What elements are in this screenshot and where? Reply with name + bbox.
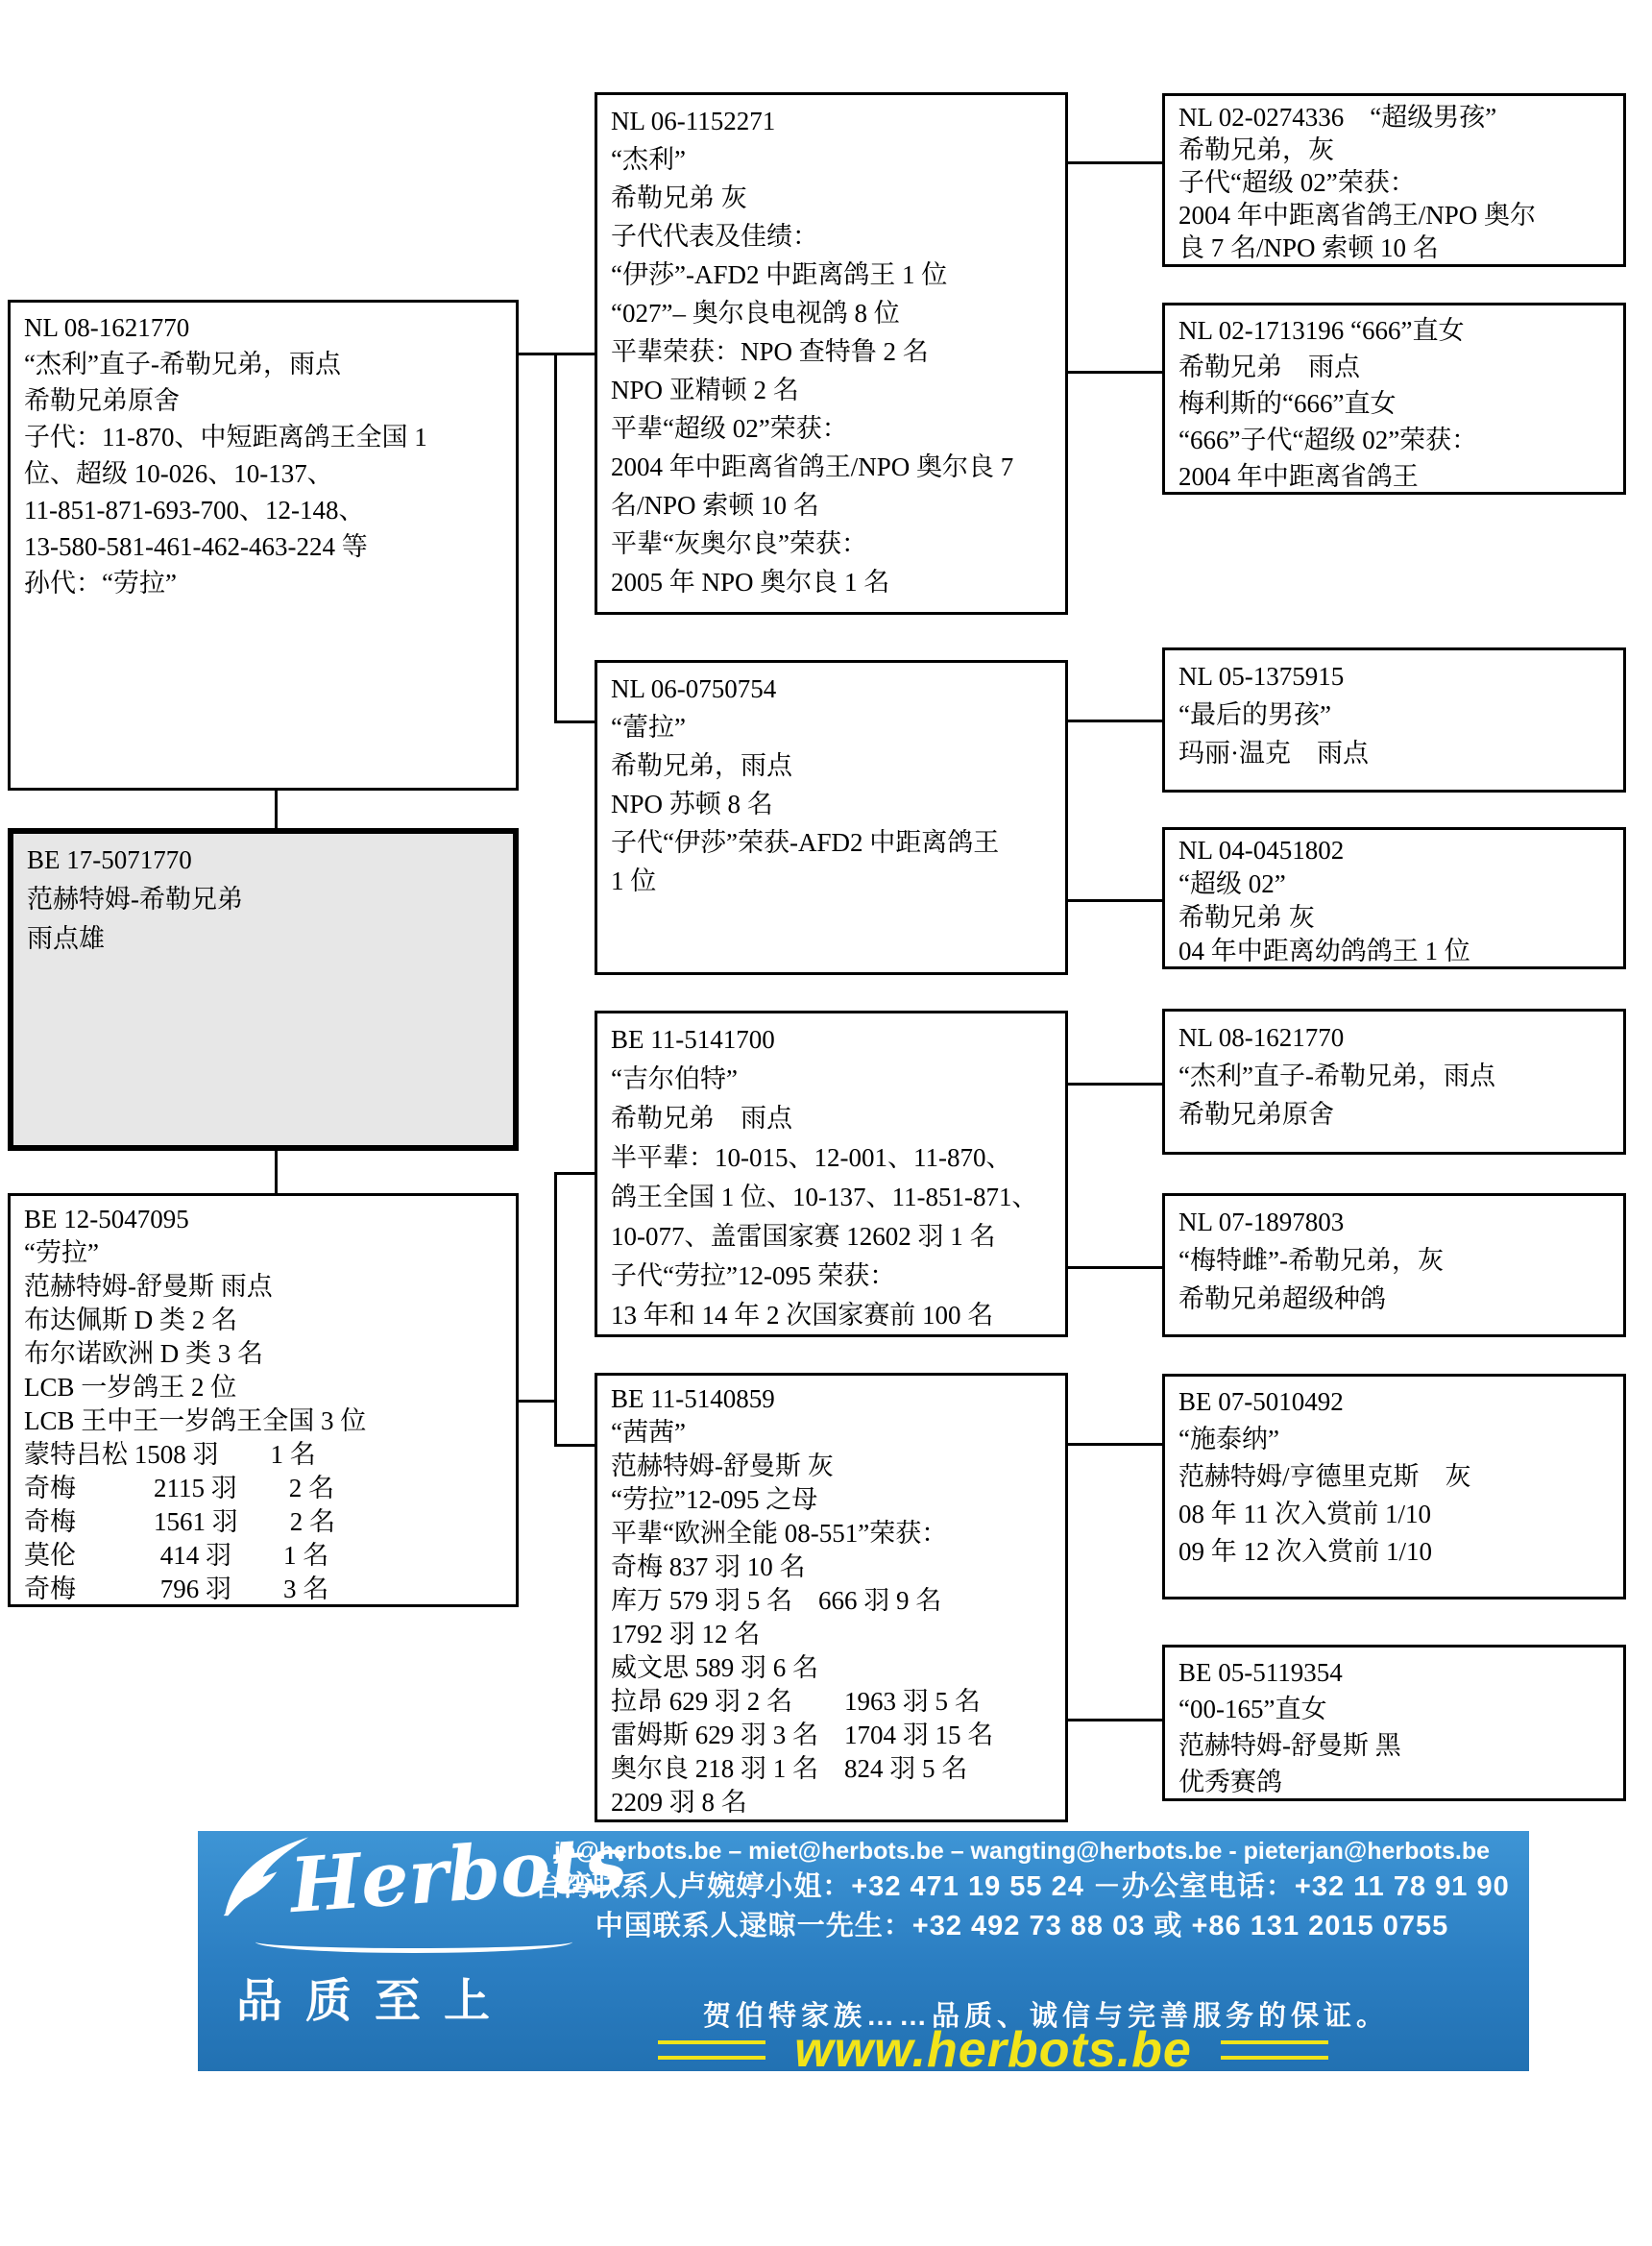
text-line: 布尔诺欧洲 D 类 3 名 bbox=[24, 1337, 512, 1371]
text-line: 莫伦 414 羽 1 名 bbox=[24, 1539, 512, 1573]
text-line: 子代：11-870、中短距离鸽王全国 1 bbox=[24, 419, 512, 455]
text-line: 雨点雄 bbox=[27, 919, 509, 959]
text-line: 范赫特姆-希勒兄弟 bbox=[27, 880, 509, 919]
banner-contact-china: 中国联系人逯晾一先生：+32 492 73 88 03 或 +86 131 20… bbox=[515, 1907, 1529, 1946]
text-line: “666”子代“超级 02”荣获： bbox=[1178, 422, 1619, 458]
banner-website-row: www.herbots.be bbox=[457, 2025, 1529, 2071]
connector-vertical-dam-branch bbox=[554, 1172, 557, 1447]
text-line: “最后的男孩” bbox=[1178, 696, 1619, 734]
banner-contact-taiwan: 台湾联系人卢婉婷小姐：+32 471 19 55 24 －办公室电话：+32 1… bbox=[515, 1868, 1529, 1907]
connector-to-sire-dam bbox=[554, 720, 597, 723]
text-line: 希勒兄弟 雨点 bbox=[1178, 349, 1619, 385]
text-line: 奥尔良 218 羽 1 名 824 羽 5 名 bbox=[611, 1752, 1061, 1786]
text-line: 1 位 bbox=[611, 862, 1061, 900]
text-line: 子代“劳拉”12-095 荣获： bbox=[611, 1257, 1061, 1296]
pedigree-box-sire: NL 08-1621770“杰利”直子-希勒兄弟，雨点希勒兄弟原舍子代：11-8… bbox=[8, 300, 519, 791]
text-line: 鸽王全国 1 位、10-137、11-851-871、 bbox=[611, 1178, 1061, 1217]
text-line: 08 年 11 次入赏前 1/10 bbox=[1178, 1496, 1619, 1533]
text-line: “027”– 奥尔良电视鸽 8 位 bbox=[611, 294, 1061, 332]
pedigree-page: NL 08-1621770“杰利”直子-希勒兄弟，雨点希勒兄弟原舍子代：11-8… bbox=[0, 0, 1652, 2246]
text-line: 平辈“欧洲全能 08-551”荣获： bbox=[611, 1517, 1061, 1550]
text-line: 希勒兄弟原舍 bbox=[24, 382, 512, 419]
text-line: BE 12-5047095 bbox=[24, 1203, 512, 1236]
text-line: “蕾拉” bbox=[611, 708, 1061, 746]
text-line: 希勒兄弟原舍 bbox=[1178, 1095, 1619, 1134]
text-line: 平辈荣获：NPO 查特鲁 2 名 bbox=[611, 332, 1061, 371]
herbots-banner: Herbots 品质至上 jo@herbots.be – miet@herbot… bbox=[198, 1831, 1529, 2071]
pedigree-box-dam: BE 12-5047095“劳拉”范赫特姆-舒曼斯 雨点布达佩斯 D 类 2 名… bbox=[8, 1193, 519, 1607]
text-line: 良 7 名/NPO 索顿 10 名 bbox=[1178, 232, 1619, 264]
text-line: 希勒兄弟，灰 bbox=[1178, 134, 1619, 166]
text-line: NL 05-1375915 bbox=[1178, 657, 1619, 696]
connector-sd-to-sds bbox=[1068, 720, 1165, 722]
text-line: “杰利”直子-希勒兄弟，雨点 bbox=[1178, 1057, 1619, 1095]
text-line: 11-851-871-693-700、12-148、 bbox=[24, 492, 512, 528]
text-line: 布达佩斯 D 类 2 名 bbox=[24, 1304, 512, 1337]
text-line: 希勒兄弟 雨点 bbox=[611, 1099, 1061, 1138]
text-line: BE 07-5010492 bbox=[1178, 1383, 1619, 1421]
text-line: “超级 02” bbox=[1178, 867, 1619, 901]
pedigree-box-sire-dam-dam: NL 04-0451802“超级 02”希勒兄弟 灰04 年中距离幼鸽鸽王 1 … bbox=[1162, 827, 1626, 969]
connector-ds-to-dss bbox=[1068, 1083, 1165, 1086]
text-line: 2004 年中距离省鸽王/NPO 奥尔良 7 bbox=[611, 448, 1061, 486]
text-line: “00-165”直女 bbox=[1178, 1691, 1619, 1727]
connector-to-dam-sire bbox=[554, 1172, 597, 1175]
pedigree-box-dam-dam-dam: BE 05-5119354“00-165”直女范赫特姆-舒曼斯 黑优秀赛鸽 bbox=[1162, 1645, 1626, 1801]
pedigree-box-dam-sire: BE 11-5141700“吉尔伯特”希勒兄弟 雨点半平辈：10-015、12-… bbox=[595, 1011, 1068, 1337]
text-line: NL 02-1713196 “666”直女 bbox=[1178, 312, 1619, 349]
text-line: BE 05-5119354 bbox=[1178, 1654, 1619, 1691]
yellow-dash-right bbox=[1221, 2040, 1328, 2060]
text-line: 10-077、盖雷国家赛 12602 羽 1 名 bbox=[611, 1217, 1061, 1257]
pedigree-box-sire-dam: NL 06-0750754“蕾拉”希勒兄弟，雨点NPO 苏顿 8 名子代“伊莎”… bbox=[595, 660, 1068, 975]
connector-sire-to-grandparents bbox=[519, 353, 597, 355]
text-line: NL 02-0274336 “超级男孩” bbox=[1178, 101, 1619, 134]
text-line: 希勒兄弟超级种鸽 bbox=[1178, 1280, 1619, 1318]
pedigree-box-subject: BE 17-5071770范赫特姆-希勒兄弟雨点雄 bbox=[8, 828, 519, 1151]
text-line: 威文思 589 羽 6 名 bbox=[611, 1651, 1061, 1685]
text-line: 13-580-581-461-462-463-224 等 bbox=[24, 528, 512, 565]
banner-emails: jo@herbots.be – miet@herbots.be – wangti… bbox=[515, 1836, 1529, 1868]
connector-ss-to-ssd bbox=[1068, 371, 1165, 374]
text-line: “劳拉”12-095 之母 bbox=[611, 1483, 1061, 1517]
text-line: “茜茜” bbox=[611, 1416, 1061, 1450]
connector-sd-to-sdd bbox=[1068, 899, 1165, 902]
text-line: BE 11-5140859 bbox=[611, 1382, 1061, 1416]
text-line: 2004 年中距离省鸽王/NPO 奥尔 bbox=[1178, 199, 1619, 232]
text-line: 拉昂 629 羽 2 名 1963 羽 5 名 bbox=[611, 1685, 1061, 1719]
text-line: 雷姆斯 629 羽 3 名 1704 羽 15 名 bbox=[611, 1719, 1061, 1752]
pedigree-box-sire-sire-dam: NL 02-1713196 “666”直女希勒兄弟 雨点梅利斯的“666”直女“… bbox=[1162, 303, 1626, 495]
banner-quality-slogan-cn: 品质至上 bbox=[236, 1964, 513, 2030]
banner-website: www.herbots.be bbox=[794, 2025, 1192, 2071]
text-line: 库万 579 羽 5 名 666 羽 9 名 bbox=[611, 1584, 1061, 1618]
text-line: NL 06-0750754 bbox=[611, 670, 1061, 708]
text-line: BE 11-5141700 bbox=[611, 1020, 1061, 1060]
text-line: NL 06-1152271 bbox=[611, 102, 1061, 140]
text-line: “杰利”直子-希勒兄弟，雨点 bbox=[24, 346, 512, 382]
text-line: 2209 羽 8 名 bbox=[611, 1786, 1061, 1819]
pedigree-box-dam-sire-dam: NL 07-1897803“梅特雌”-希勒兄弟，灰希勒兄弟超级种鸽 bbox=[1162, 1193, 1626, 1337]
text-line: NL 07-1897803 bbox=[1178, 1203, 1619, 1241]
text-line: 奇梅 796 羽 3 名 bbox=[24, 1573, 512, 1606]
text-line: 范赫特姆-舒曼斯 黑 bbox=[1178, 1727, 1619, 1764]
text-line: 玛丽·温克 雨点 bbox=[1178, 734, 1619, 772]
text-line: 奇梅 837 羽 10 名 bbox=[611, 1550, 1061, 1584]
text-line: LCB 王中王一岁鸽王全国 3 位 bbox=[24, 1404, 512, 1438]
connector-dd-to-ddd bbox=[1068, 1719, 1165, 1721]
text-line: “杰利” bbox=[611, 140, 1061, 179]
text-line: 子代“伊莎”荣获-AFD2 中距离鸽王 bbox=[611, 823, 1061, 862]
text-line: 平辈“超级 02”荣获： bbox=[611, 409, 1061, 448]
text-line: 09 年 12 次入赏前 1/10 bbox=[1178, 1533, 1619, 1571]
text-line: BE 17-5071770 bbox=[27, 841, 509, 880]
connector-ds-to-dsd bbox=[1068, 1266, 1165, 1269]
text-line: 2005 年 NPO 奥尔良 1 名 bbox=[611, 563, 1061, 601]
pedigree-box-sire-sire-sire: NL 02-0274336 “超级男孩”希勒兄弟，灰子代“超级 02”荣获：20… bbox=[1162, 93, 1626, 267]
text-line: 04 年中距离幼鸽鸽王 1 位 bbox=[1178, 935, 1619, 968]
pedigree-box-sire-sire: NL 06-1152271“杰利”希勒兄弟 灰子代代表及佳绩：“伊莎”-AFD2… bbox=[595, 92, 1068, 615]
text-line: 范赫特姆-舒曼斯 灰 bbox=[611, 1450, 1061, 1483]
text-line: 子代代表及佳绩： bbox=[611, 217, 1061, 256]
pedigree-box-sire-dam-sire: NL 05-1375915“最后的男孩”玛丽·温克 雨点 bbox=[1162, 647, 1626, 793]
text-line: “梅特雌”-希勒兄弟，灰 bbox=[1178, 1241, 1619, 1280]
text-line: “吉尔伯特” bbox=[611, 1060, 1061, 1099]
text-line: NL 04-0451802 bbox=[1178, 834, 1619, 867]
text-line: “施泰纳” bbox=[1178, 1421, 1619, 1458]
connector-to-dam-dam bbox=[554, 1444, 597, 1447]
text-line: 希勒兄弟 灰 bbox=[611, 179, 1061, 217]
text-line: 13 年和 14 年 2 次国家赛前 100 名 bbox=[611, 1296, 1061, 1335]
connector-subject-to-dam bbox=[275, 1151, 278, 1196]
text-line: 1792 羽 12 名 bbox=[611, 1618, 1061, 1651]
connector-vertical-sire-branch bbox=[554, 353, 557, 723]
banner-contact-block: jo@herbots.be – miet@herbots.be – wangti… bbox=[515, 1836, 1529, 1946]
text-line: NPO 苏顿 8 名 bbox=[611, 785, 1061, 823]
text-line: 希勒兄弟，雨点 bbox=[611, 746, 1061, 785]
text-line: 位、超级 10-026、10-137、 bbox=[24, 455, 512, 492]
text-line: NPO 亚精顿 2 名 bbox=[611, 371, 1061, 409]
pedigree-box-dam-dam: BE 11-5140859“茜茜”范赫特姆-舒曼斯 灰“劳拉”12-095 之母… bbox=[595, 1373, 1068, 1822]
text-line: NL 08-1621770 bbox=[24, 309, 512, 346]
text-line: “劳拉” bbox=[24, 1236, 512, 1270]
text-line: 2004 年中距离省鸽王 bbox=[1178, 458, 1619, 495]
connector-dd-to-dds bbox=[1068, 1443, 1165, 1446]
text-line: 平辈“灰奥尔良”荣获： bbox=[611, 525, 1061, 563]
text-line: 名/NPO 索顿 10 名 bbox=[611, 486, 1061, 525]
text-line: LCB 一岁鸽王 2 位 bbox=[24, 1371, 512, 1404]
text-line: 奇梅 1561 羽 2 名 bbox=[24, 1505, 512, 1539]
yellow-dash-left bbox=[658, 2040, 765, 2060]
text-line: “伊莎”-AFD2 中距离鸽王 1 位 bbox=[611, 256, 1061, 294]
text-line: 梅利斯的“666”直女 bbox=[1178, 385, 1619, 422]
pedigree-box-dam-sire-sire: NL 08-1621770“杰利”直子-希勒兄弟，雨点希勒兄弟原舍 bbox=[1162, 1009, 1626, 1155]
text-line: 范赫特姆/亨德里克斯 灰 bbox=[1178, 1458, 1619, 1496]
text-line: NL 08-1621770 bbox=[1178, 1018, 1619, 1057]
connector-dam-to-grandparents bbox=[519, 1400, 557, 1403]
connector-sire-to-subject bbox=[275, 791, 278, 831]
text-line: 子代“超级 02”荣获： bbox=[1178, 166, 1619, 199]
text-line: 范赫特姆-舒曼斯 雨点 bbox=[24, 1270, 512, 1304]
connector-ss-to-sss bbox=[1068, 161, 1165, 164]
text-line: 优秀赛鸽 bbox=[1178, 1764, 1619, 1800]
text-line: 希勒兄弟 灰 bbox=[1178, 901, 1619, 935]
text-line: 孙代：“劳拉” bbox=[24, 565, 512, 601]
text-line: 奇梅 2115 羽 2 名 bbox=[24, 1472, 512, 1505]
text-line: 半平辈：10-015、12-001、11-870、 bbox=[611, 1138, 1061, 1178]
text-line: 蒙特吕松 1508 羽 1 名 bbox=[24, 1438, 512, 1472]
pedigree-box-dam-dam-sire: BE 07-5010492“施泰纳”范赫特姆/亨德里克斯 灰08 年 11 次入… bbox=[1162, 1374, 1626, 1599]
